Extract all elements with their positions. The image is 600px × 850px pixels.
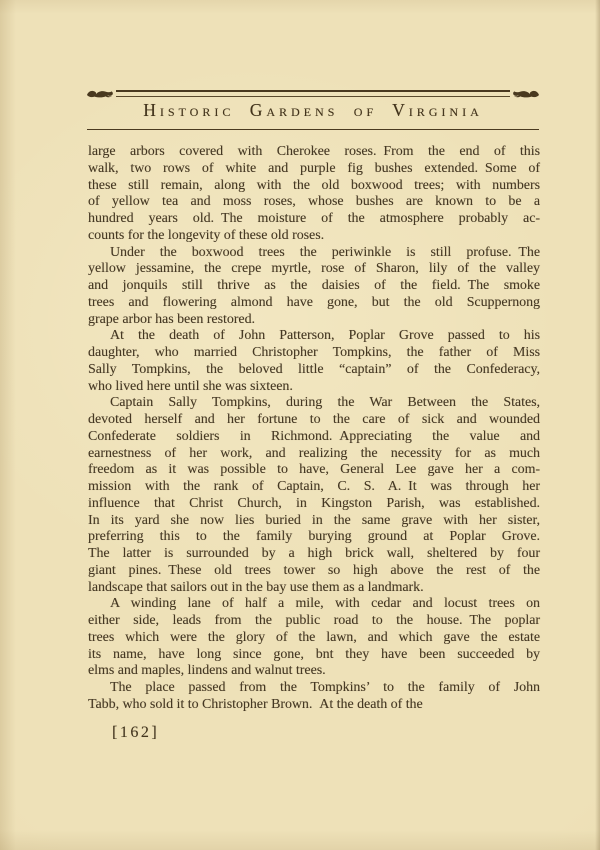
text-line: preferring this to the family burying gr… [88, 529, 540, 546]
text-line: trees which were the glory of the lawn, … [88, 630, 540, 647]
text-line: earnestness of her work, and realizing t… [88, 446, 540, 463]
text-line: Tabb, who sold it to Christopher Brown. … [88, 697, 540, 714]
text-line: Confederate soldiers in Richmond. Apprec… [88, 429, 540, 446]
book-page: Historic Gardens of Virginia large arbor… [0, 0, 600, 850]
text-line: yellow jessamine, the crepe myrtle, rose… [88, 261, 540, 278]
title-rule-divider [87, 129, 539, 130]
text-line: At the death of John Patterson, Poplar G… [88, 328, 540, 345]
paragraph: The place passed from the Tompkins’ to t… [88, 680, 540, 714]
text-line: giant pines. These old trees tower so hi… [88, 563, 540, 580]
text-line: The latter is surrounded by a high brick… [88, 546, 540, 563]
double-rule-divider [116, 90, 510, 97]
text-line: and jonquils still thrive as the daisies… [88, 278, 540, 295]
header-rule [86, 88, 540, 98]
text-line: large arbors covered with Cherokee roses… [88, 144, 540, 161]
text-line: elms and maples, lindens and walnut tree… [88, 663, 540, 680]
text-line: grape arbor has been restored. [88, 312, 540, 329]
text-line: of yellow tea and moss roses, whose bush… [88, 194, 540, 211]
scroll-flourish-left-icon [86, 88, 114, 98]
text-line: Captain Sally Tompkins, during the War B… [88, 395, 540, 412]
text-line: devoted herself and her fortune to the c… [88, 412, 540, 429]
paragraph: At the death of John Patterson, Poplar G… [88, 328, 540, 395]
paragraph: large arbors covered with Cherokee roses… [88, 144, 540, 245]
paragraph: Under the boxwood trees the periwinkle i… [88, 245, 540, 329]
text-block: large arbors covered with Cherokee roses… [88, 144, 540, 714]
text-line: The place passed from the Tompkins’ to t… [88, 680, 540, 697]
text-line: In its yard she now lies buried in the s… [88, 513, 540, 530]
text-line: walk, two rows of white and purple fig b… [88, 161, 540, 178]
text-line: A winding lane of half a mile, with ceda… [88, 596, 540, 613]
text-line: Under the boxwood trees the periwinkle i… [88, 245, 540, 262]
text-line: freedom as it was possible to have, Gene… [88, 462, 540, 479]
text-line: counts for the longevity of these old ro… [88, 228, 540, 245]
text-line: daughter, who married Christopher Tompki… [88, 345, 540, 362]
text-line: these still remain, along with the old b… [88, 178, 540, 195]
text-line: landscape that sailors out in the bay us… [88, 580, 540, 597]
paragraph: Captain Sally Tompkins, during the War B… [88, 395, 540, 596]
paragraph: A winding lane of half a mile, with ceda… [88, 596, 540, 680]
text-line: hundred years old. The moisture of the a… [88, 211, 540, 228]
running-head-title: Historic Gardens of Virginia [87, 99, 539, 121]
text-line: its name, have long since gone, bnt they… [88, 647, 540, 664]
text-line: trees and flowering almond have gone, bu… [88, 295, 540, 312]
scroll-flourish-right-icon [512, 88, 540, 98]
text-line: Sally Tompkins, the beloved little “capt… [88, 362, 540, 379]
text-line: mission with the rank of Captain, C. S. … [88, 479, 540, 496]
text-line: influence that Christ Church, in Kingsto… [88, 496, 540, 513]
text-line: who lived here until she was sixteen. [88, 379, 540, 396]
text-line: either side, leads from the public road … [88, 613, 540, 630]
page-number: [162] [112, 724, 159, 742]
